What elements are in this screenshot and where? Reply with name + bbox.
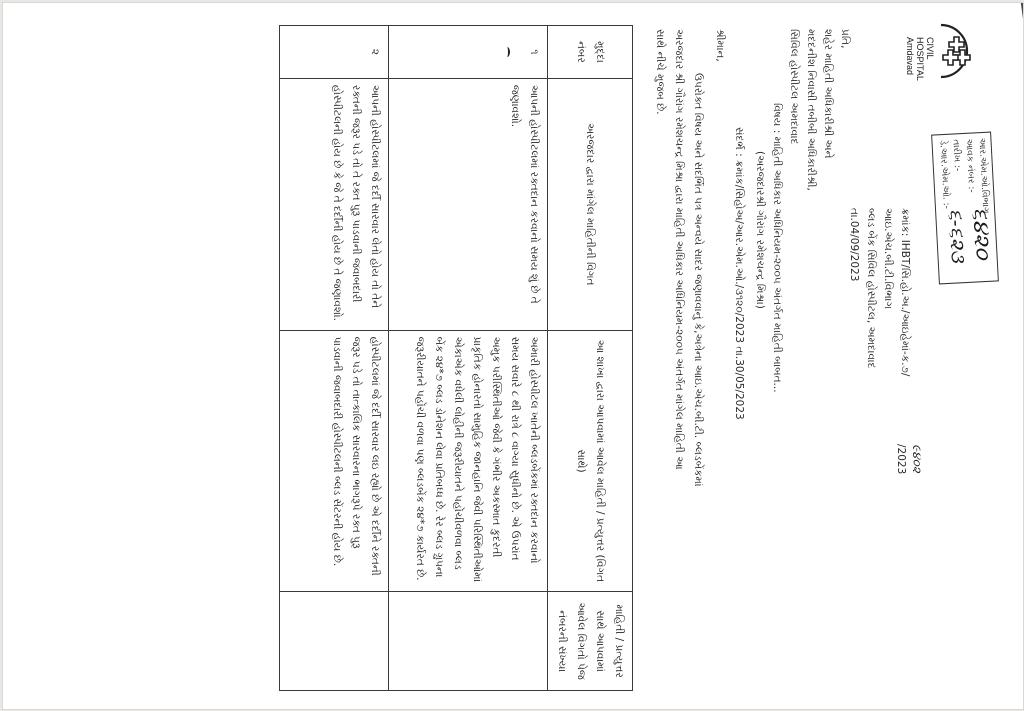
header-point-number: મુદ્દા નંબર (548, 26, 633, 79)
hospital-cross-logo-icon (937, 21, 981, 81)
addressee-line-1: શહેર માહિતી અધિકારીશ્રી અને (819, 29, 836, 449)
header-page-count: માહિતી / પ્રત્યુત્તર સાથે આપવામાં આવેલ વ… (548, 592, 633, 691)
logo-line-3: Amdavad (905, 37, 915, 91)
header-response: આ શાખા દ્વારા આપવામાં આવેલ માહિતી / પ્રત… (548, 330, 633, 592)
addressee-prefix: પ્રતિ, (836, 29, 853, 449)
reference-block: ક્રમાંક: IHBT/સિ.હો.અ./આઇહેમાં-ક.૭/ ૯૪૦૨… (845, 208, 913, 508)
subject-label: વિષય : (771, 103, 783, 133)
addressee-line-3: સિવિલ હોસ્પીટલ અમદાવાદ (785, 29, 802, 449)
ref-number-value: IHBT/સિ.હો.અ./આઇહેમાં-ક.૭/ (899, 240, 911, 377)
ref-number-handwritten: ૯૪૦૨ (908, 444, 925, 473)
row-1-number-text: ૧ (524, 32, 543, 72)
subject-text: માહિતી અધિકાર અધિનિયમ-૨૦૦૫ અંતર્ગત માહિત… (771, 137, 783, 393)
body-paragraph: ઉપરોક્ત વિષય અને સંદર્ભિત પત્ર અન્વયે સા… (650, 29, 707, 629)
subject-sub: (અરજદારશ્રી ગૌરાંગ રમેશચન્દ્ર મિશ્રા) (751, 103, 768, 623)
logo-line-2: HOSPITAL (915, 37, 925, 91)
ref-number-year: /2023 (892, 444, 909, 474)
document-viewer: CIVIL HOSPITAL Amdavad આર.એમ.ઓ.વિભાગ આવક… (2, 2, 1024, 710)
row-1-question: આપની હોસ્પીટલમાં રક્તદાન કરવાનો સમય શું … (389, 78, 548, 330)
row-2-question: આપની હોસ્પીટલમાં જે દર્દી સારવાર લેતો હો… (280, 78, 389, 330)
reference-label: સંદર્ભ : (733, 127, 745, 157)
civil-hospital-logo: CIVIL HOSPITAL Amdavad (901, 21, 981, 91)
logo-line-1: CIVIL (925, 37, 935, 91)
stamp-handwritten-number: ૬૪૨૦ (973, 207, 989, 260)
row-1-answer: અમારી હોસ્પીટલ ખાતેની બ્લડબેંકમાં રક્તદા… (389, 330, 548, 592)
salutation: શ્રીમાન, (713, 29, 726, 62)
header-requested-info: અરજદાર દ્વારા માંગેલ માહિતીની વિગત (548, 78, 633, 330)
stamp-handwritten-date: ૬-૬૨૩ (949, 208, 965, 263)
table-row: ૧ આપની હોસ્પીટલમાં રક્તદાન કરવાનો સમય શુ… (389, 26, 548, 691)
table-header-row: મુદ્દા નંબર અરજદાર દ્વારા માંગેલ માહિતીન… (548, 26, 633, 691)
ref-number-label: ક્રમાંક: (899, 208, 911, 236)
ref-office-line-2: બ્લડ બેંક સિવિલ હોસ્પીટલ, અમદાવાદ (862, 208, 879, 508)
addressee-block: પ્રતિ, શહેર માહિતી અધિકારીશ્રી અને મદદની… (785, 29, 853, 449)
body-line-1: ઉપરોક્ત વિષય અને સંદર્ભિત પત્ર અન્વયે સા… (688, 29, 707, 629)
body-line-3: સાથે નીચે મુજબ છે. (650, 29, 669, 629)
row-2-answer: હોસ્પીટલમાં જે દર્દી સારવાર લઇ રહ્યો છે … (280, 330, 389, 592)
row-2-pages (280, 592, 389, 691)
rti-information-table: મુદ્દા નંબર અરજદાર દ્વારા માંગેલ માહિતીન… (279, 25, 633, 691)
inward-stamp: આર.એમ.ઓ.વિભાગ આવક નંબર :- તારીખ :- ડે.આર… (931, 132, 999, 285)
row-1-pages (389, 592, 548, 691)
addressee-line-2: મદદનીશ નિવાસી તબીબી અધિકારીશ્રી, (802, 29, 819, 449)
row-1-number: ૧ (389, 26, 548, 79)
scan-edge-shadow (1018, 2, 1024, 241)
tick-mark-icon (504, 47, 510, 57)
reference-text: ક્રમાંક/સિહોઅ/આર.એમ.ઓ./૩૧૨૦/2023 તા.30/0… (733, 160, 745, 420)
row-2-number: ૨ (280, 26, 389, 79)
body-line-2: અરજદાર શ્રી ગૌરાંગ રમેશચન્દ્ર મિશ્રા દ્વ… (669, 29, 688, 629)
subject-block: વિષય : માહિતી અધિકાર અધિનિયમ-૨૦૦૫ અંતર્ગ… (730, 103, 785, 623)
scanned-letter-page: CIVIL HOSPITAL Amdavad આર.એમ.ઓ.વિભાગ આવક… (3, 3, 1023, 709)
table-row: ૨ આપની હોસ્પીટલમાં જે દર્દી સારવાર લેતો … (280, 26, 389, 691)
